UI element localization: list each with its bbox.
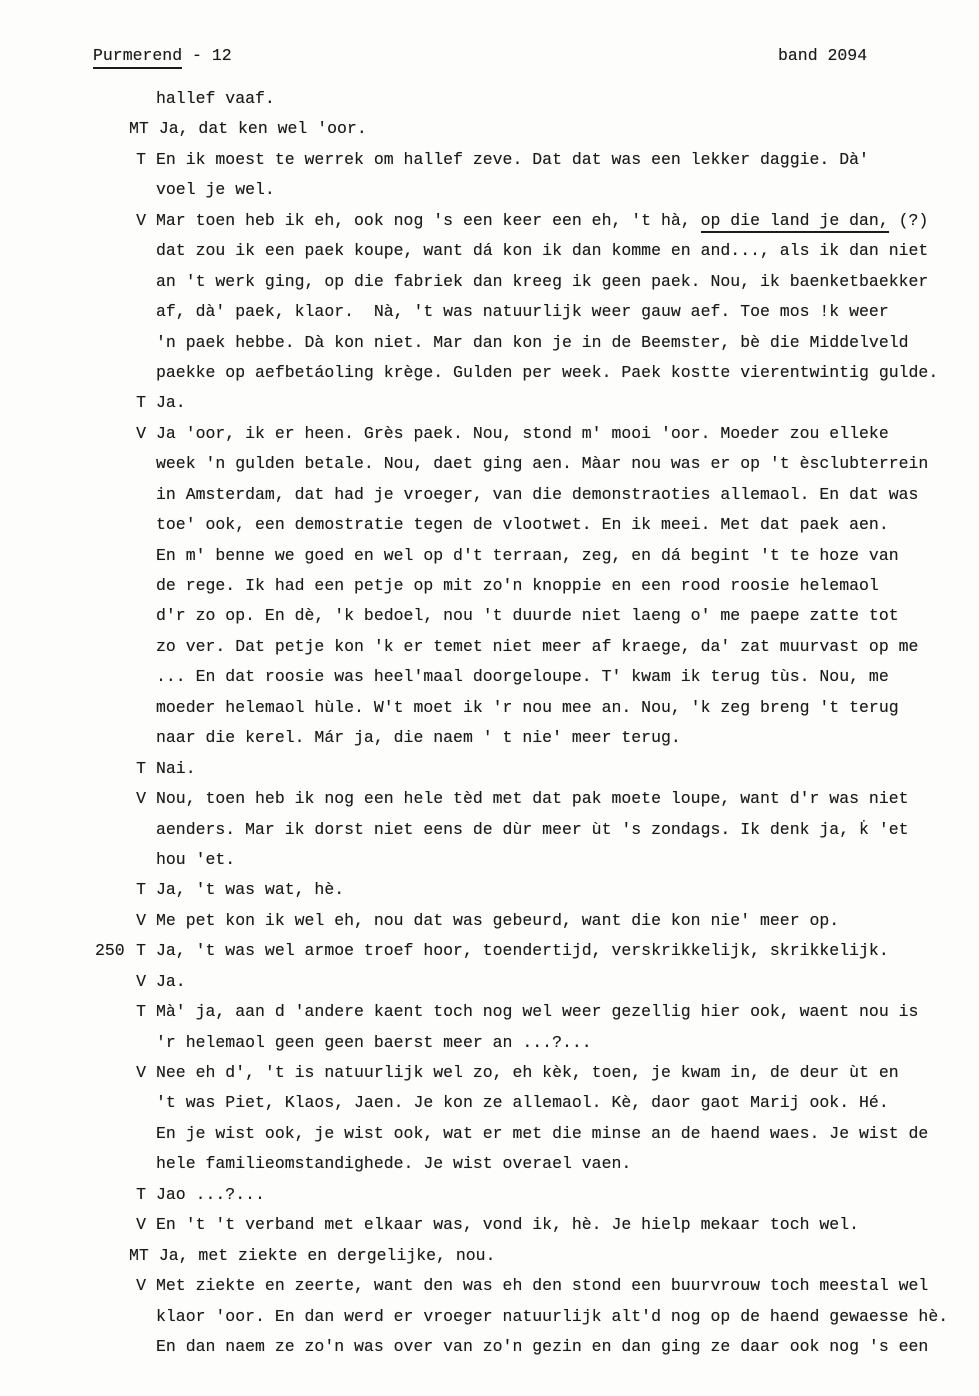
line-text: voel je wel. — [156, 175, 275, 205]
transcript-line: 'r helemaol geen geen baerst meer an ...… — [0, 1028, 979, 1058]
line-text: zo ver. Dat petje kon 'k er temet niet m… — [156, 632, 918, 662]
line-text: Mà' ja, aan d 'andere kaent toch nog wel… — [156, 997, 918, 1027]
text-segment: hallef vaaf. — [156, 89, 275, 108]
transcript-line: En m' benne we goed en wel op d't terraa… — [0, 541, 979, 571]
text-segment: En 't 't verband met elkaar was, vond ik… — [156, 1215, 859, 1234]
transcript-line: naar die kerel. Már ja, die naem ' t nie… — [0, 723, 979, 753]
text-segment: Ja, met ziekte en dergelijke, nou. — [159, 1246, 496, 1265]
text-segment: in Amsterdam, dat had je vroeger, van di… — [156, 485, 918, 504]
transcript-line: hele familieomstandighede. Je wist overa… — [0, 1149, 979, 1179]
transcript-line: week 'n gulden betale. Nou, daet ging ae… — [0, 449, 979, 479]
line-text: an 't werk ging, op die fabriek dan kree… — [156, 267, 928, 297]
line-text: Me pet kon ik wel eh, nou dat was gebeur… — [156, 906, 839, 936]
text-segment: an 't werk ging, op die fabriek dan kree… — [156, 272, 928, 291]
text-segment: aenders. Mar ik dorst niet eens de dùr m… — [156, 820, 909, 839]
transcript-line: TEn ik moest te werrek om hallef zeve. D… — [0, 145, 979, 175]
line-text: Nee eh d', 't is natuurlijk wel zo, eh k… — [156, 1058, 899, 1088]
line-text: paekke op aefbetáoling krège. Gulden per… — [156, 358, 938, 388]
page-title-location: Purmerend — [93, 46, 182, 69]
line-text: Ja, 't was wel armoe troef hoor, toender… — [156, 936, 889, 966]
page-header: Purmerend - 12 band 2094 — [0, 46, 979, 74]
text-segment: week 'n gulden betale. Nou, daet ging ae… — [156, 454, 928, 473]
line-text: 'r helemaol geen geen baerst meer an ...… — [156, 1028, 592, 1058]
transcript-line: TJao ...?... — [0, 1180, 979, 1210]
line-text: dat zou ik een paek koupe, want dá kon i… — [156, 236, 928, 266]
transcript-line: 250TJa, 't was wel armoe troef hoor, toe… — [0, 936, 979, 966]
line-text: hallef vaaf. — [156, 84, 275, 114]
line-text: En 't 't verband met elkaar was, vond ik… — [156, 1210, 859, 1240]
text-segment: Nai. — [156, 759, 196, 778]
speaker-label: T — [129, 145, 146, 175]
line-text: toe' ook, een demostratie tegen de vloot… — [156, 510, 889, 540]
line-text: de rege. Ik had een petje op mit zo'n kn… — [156, 571, 879, 601]
transcript-line: d'r zo op. En dè, 'k bedoel, nou 't duur… — [0, 601, 979, 631]
transcript-line: hou 'et. — [0, 845, 979, 875]
text-segment: Ja. — [156, 393, 186, 412]
speaker-label: V — [129, 784, 146, 814]
speaker-label: V — [129, 419, 146, 449]
text-segment: 't was Piet, Klaos, Jaen. Je kon ze alle… — [156, 1093, 889, 1112]
line-text: ... En dat roosie was heel'maal doorgelo… — [156, 662, 889, 692]
line-text: Met ziekte en zeerte, want den was eh de… — [156, 1271, 928, 1301]
transcript-line: hallef vaaf. — [0, 84, 979, 114]
speaker-label: T — [129, 388, 146, 418]
text-segment: (?) — [889, 211, 929, 230]
speaker-label: V — [129, 906, 146, 936]
transcript-line: MTJa, met ziekte en dergelijke, nou. — [0, 1241, 979, 1271]
text-segment: hou 'et. — [156, 850, 235, 869]
text-segment: Met ziekte en zeerte, want den was eh de… — [156, 1276, 928, 1295]
speaker-label: V — [129, 1058, 146, 1088]
transcript-line: dat zou ik een paek koupe, want dá kon i… — [0, 236, 979, 266]
text-segment: hele familieomstandighede. Je wist overa… — [156, 1154, 631, 1173]
text-segment: Mà' ja, aan d 'andere kaent toch nog wel… — [156, 1002, 918, 1021]
line-text: Jao ...?... — [156, 1180, 265, 1210]
text-segment: En ik moest te werrek om hallef zeve. Da… — [156, 150, 869, 169]
text-segment: voel je wel. — [156, 180, 275, 199]
line-text: moeder helemaol hùle. W't moet ik 'r nou… — [156, 693, 899, 723]
line-text: naar die kerel. Már ja, die naem ' t nie… — [156, 723, 681, 753]
line-text: En dan naem ze zo'n was over van zo'n ge… — [156, 1332, 928, 1362]
transcript-line: TJa. — [0, 388, 979, 418]
text-segment: 'r helemaol geen geen baerst meer an ...… — [156, 1033, 592, 1052]
line-text: Ja, met ziekte en dergelijke, nou. — [159, 1241, 496, 1271]
transcript-line: VJa 'oor, ik er heen. Grès paek. Nou, st… — [0, 419, 979, 449]
line-text: Ja, dat ken wel 'oor. — [159, 114, 367, 144]
line-text: En ik moest te werrek om hallef zeve. Da… — [156, 145, 869, 175]
text-segment: Ja, 't was wel armoe troef hoor, toender… — [156, 941, 889, 960]
speaker-label: MT — [129, 1241, 149, 1271]
line-text: klaor 'oor. En dan werd er vroeger natuu… — [156, 1302, 948, 1332]
transcript-line: moeder helemaol hùle. W't moet ik 'r nou… — [0, 693, 979, 723]
speaker-label: T — [129, 875, 146, 905]
transcript-line: VNee eh d', 't is natuurlijk wel zo, eh … — [0, 1058, 979, 1088]
text-segment: zo ver. Dat petje kon 'k er temet niet m… — [156, 637, 918, 656]
transcript-line: VMe pet kon ik wel eh, nou dat was gebeu… — [0, 906, 979, 936]
text-segment: de rege. Ik had een petje op mit zo'n kn… — [156, 576, 879, 595]
line-text: Ja, 't was wat, hè. — [156, 875, 344, 905]
underlined-phrase: op die land je dan, — [701, 211, 889, 233]
transcript-line: VJa. — [0, 967, 979, 997]
speaker-label: MT — [129, 114, 149, 144]
transcript-line: TJa, 't was wat, hè. — [0, 875, 979, 905]
text-segment: Me pet kon ik wel eh, nou dat was gebeur… — [156, 911, 839, 930]
line-text: week 'n gulden betale. Nou, daet ging ae… — [156, 449, 928, 479]
speaker-label: T — [129, 936, 146, 966]
line-text: Ja. — [156, 388, 186, 418]
line-text: hou 'et. — [156, 845, 235, 875]
text-segment: ... En dat roosie was heel'maal doorgelo… — [156, 667, 889, 686]
text-segment: moeder helemaol hùle. W't moet ik 'r nou… — [156, 698, 899, 717]
transcript-line: af, dà' paek, klaor. Nà, 't was natuurli… — [0, 297, 979, 327]
text-segment: af, dà' paek, klaor. Nà, 't was natuurli… — [156, 302, 889, 321]
text-segment: klaor 'oor. En dan werd er vroeger natuu… — [156, 1307, 948, 1326]
transcript-line: paekke op aefbetáoling krège. Gulden per… — [0, 358, 979, 388]
transcript-line: TNai. — [0, 754, 979, 784]
text-segment: paekke op aefbetáoling krège. Gulden per… — [156, 363, 938, 382]
text-segment: 'n paek hebbe. Dà kon niet. Mar dan kon … — [156, 333, 909, 352]
text-segment: Nou, toen heb ik nog een hele tèd met da… — [156, 789, 909, 808]
line-text: Ja. — [156, 967, 186, 997]
line-text: 'n paek hebbe. Dà kon niet. Mar dan kon … — [156, 328, 909, 358]
transcript-line: toe' ook, een demostratie tegen de vloot… — [0, 510, 979, 540]
text-segment: Nee eh d', 't is natuurlijk wel zo, eh k… — [156, 1063, 899, 1082]
transcript-line: voel je wel. — [0, 175, 979, 205]
transcript-line: aenders. Mar ik dorst niet eens de dùr m… — [0, 815, 979, 845]
line-text: in Amsterdam, dat had je vroeger, van di… — [156, 480, 918, 510]
line-text: af, dà' paek, klaor. Nà, 't was natuurli… — [156, 297, 889, 327]
transcript-body: hallef vaaf.MTJa, dat ken wel 'oor.TEn i… — [0, 84, 979, 1362]
transcript-line: VMet ziekte en zeerte, want den was eh d… — [0, 1271, 979, 1301]
text-segment: Ja 'oor, ik er heen. Grès paek. Nou, sto… — [156, 424, 889, 443]
transcript-line: in Amsterdam, dat had je vroeger, van di… — [0, 480, 979, 510]
transcript-line: VMar toen heb ik eh, ook nog 's een keer… — [0, 206, 979, 236]
text-segment: En dan naem ze zo'n was over van zo'n ge… — [156, 1337, 928, 1356]
transcript-line: VEn 't 't verband met elkaar was, vond i… — [0, 1210, 979, 1240]
speaker-label: V — [129, 967, 146, 997]
line-text: En m' benne we goed en wel op d't terraa… — [156, 541, 899, 571]
transcript-line: zo ver. Dat petje kon 'k er temet niet m… — [0, 632, 979, 662]
speaker-label: T — [129, 1180, 146, 1210]
page-title: Purmerend - 12 — [93, 46, 232, 65]
line-text: d'r zo op. En dè, 'k bedoel, nou 't duur… — [156, 601, 899, 631]
transcript-line: VNou, toen heb ik nog een hele tèd met d… — [0, 784, 979, 814]
line-text: Ja 'oor, ik er heen. Grès paek. Nou, sto… — [156, 419, 889, 449]
line-text: aenders. Mar ik dorst niet eens de dùr m… — [156, 815, 909, 845]
page-title-number: - 12 — [182, 46, 232, 65]
transcript-line: En dan naem ze zo'n was over van zo'n ge… — [0, 1332, 979, 1362]
line-text: hele familieomstandighede. Je wist overa… — [156, 1149, 631, 1179]
transcript-line: de rege. Ik had een petje op mit zo'n kn… — [0, 571, 979, 601]
text-segment: Ja. — [156, 972, 186, 991]
text-segment: Ja, 't was wat, hè. — [156, 880, 344, 899]
speaker-label: V — [129, 1271, 146, 1301]
line-text: Nai. — [156, 754, 196, 784]
line-text: Mar toen heb ik eh, ook nog 's een keer … — [156, 206, 928, 236]
transcript-line: 't was Piet, Klaos, Jaen. Je kon ze alle… — [0, 1088, 979, 1118]
text-segment: En je wist ook, je wist ook, wat er met … — [156, 1124, 928, 1143]
speaker-label: T — [129, 997, 146, 1027]
text-segment: En m' benne we goed en wel op d't terraa… — [156, 546, 899, 565]
text-segment: Mar toen heb ik eh, ook nog 's een keer … — [156, 211, 701, 230]
speaker-label: T — [129, 754, 146, 784]
speaker-label: V — [129, 206, 146, 236]
text-segment: d'r zo op. En dè, 'k bedoel, nou 't duur… — [156, 606, 899, 625]
transcript-line: ... En dat roosie was heel'maal doorgelo… — [0, 662, 979, 692]
transcript-line: an 't werk ging, op die fabriek dan kree… — [0, 267, 979, 297]
line-text: Nou, toen heb ik nog een hele tèd met da… — [156, 784, 909, 814]
transcript-line: MTJa, dat ken wel 'oor. — [0, 114, 979, 144]
text-segment: Ja, dat ken wel 'oor. — [159, 119, 367, 138]
transcript-line: En je wist ook, je wist ook, wat er met … — [0, 1119, 979, 1149]
line-text: 't was Piet, Klaos, Jaen. Je kon ze alle… — [156, 1088, 889, 1118]
speaker-label: V — [129, 1210, 146, 1240]
transcript-line: klaor 'oor. En dan werd er vroeger natuu… — [0, 1302, 979, 1332]
line-text: En je wist ook, je wist ook, wat er met … — [156, 1119, 928, 1149]
text-segment: naar die kerel. Már ja, die naem ' t nie… — [156, 728, 681, 747]
transcript-line: 'n paek hebbe. Dà kon niet. Mar dan kon … — [0, 328, 979, 358]
text-segment: dat zou ik een paek koupe, want dá kon i… — [156, 241, 928, 260]
text-segment: toe' ook, een demostratie tegen de vloot… — [156, 515, 889, 534]
document-page: Purmerend - 12 band 2094 hallef vaaf.MTJ… — [0, 0, 979, 1396]
line-number: 250 — [95, 936, 129, 966]
band-label: band 2094 — [778, 46, 867, 65]
text-segment: Jao ...?... — [156, 1185, 265, 1204]
transcript-line: TMà' ja, aan d 'andere kaent toch nog we… — [0, 997, 979, 1027]
